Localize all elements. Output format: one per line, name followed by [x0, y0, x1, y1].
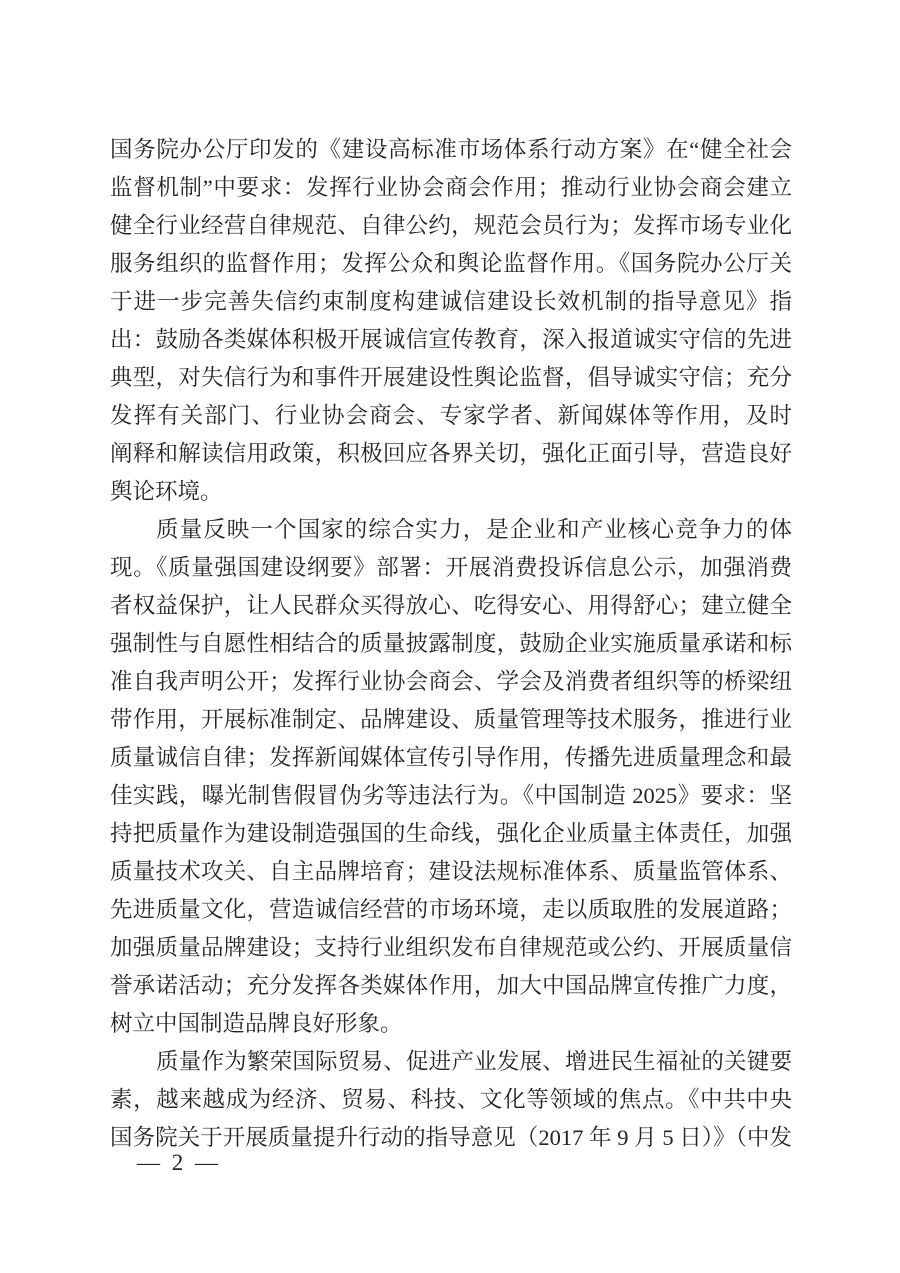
text-line: 健全行业经营自律规范、自律公约，规范会员行为；发挥市场专业化	[110, 207, 792, 245]
text-line: 强制性与自愿性相结合的质量披露制度，鼓励企业实施质量承诺和标	[110, 625, 792, 663]
text-line: 佳实践，曝光制售假冒伪劣等违法行为。《中国制造 2025》要求：坚	[110, 777, 792, 815]
text-line: 加强质量品牌建设；支持行业组织发布自律规范或公约、开展质量信	[110, 929, 792, 967]
text-line: 发挥有关部门、行业协会商会、专家学者、新闻媒体等作用，及时	[110, 397, 792, 435]
text-line: 出：鼓励各类媒体积极开展诚信宣传教育，深入报道诚实守信的先进	[110, 321, 792, 359]
text-line: 现。《质量强国建设纲要》部署：开展消费投诉信息公示，加强消费	[110, 549, 792, 587]
text-line: 于进一步完善失信约束制度构建诚信建设长效机制的指导意见》指	[110, 283, 792, 321]
text-line: 准自我声明公开；发挥行业协会商会、学会及消费者组织等的桥梁纽	[110, 663, 792, 701]
page-number-footer: — 2 —	[137, 1146, 221, 1180]
text-line: 者权益保护，让人民群众买得放心、吃得安心、用得舒心；建立健全	[110, 587, 792, 625]
text-line: 质量技术攻关、自主品牌培育；建设法规标准体系、质量监管体系、	[110, 853, 792, 891]
text-line: 树立中国制造品牌良好形象。	[110, 1005, 792, 1043]
text-line: 持把质量作为建设制造强国的生命线，强化企业质量主体责任，加强	[110, 815, 792, 853]
text-line: 带作用，开展标准制定、品牌建设、质量管理等技术服务，推进行业	[110, 701, 792, 739]
text-line: 服务组织的监督作用；发挥公众和舆论监督作用。《国务院办公厅关	[110, 245, 792, 283]
text-line: 素，越来越成为经济、贸易、科技、文化等领域的焦点。《中共中央	[110, 1081, 792, 1119]
text-line: 国务院办公厅印发的《建设高标准市场体系行动方案》在“健全社会	[110, 131, 792, 169]
document-page: 国务院办公厅印发的《建设高标准市场体系行动方案》在“健全社会 监督机制”中要求：…	[0, 0, 900, 1273]
text-line: 先进质量文化，营造诚信经营的市场环境，走以质取胜的发展道路；	[110, 891, 792, 929]
text-line: 质量作为繁荣国际贸易、促进产业发展、增进民生福祉的关键要	[110, 1043, 792, 1081]
text-line: 阐释和解读信用政策，积极回应各界关切，强化正面引导，营造良好	[110, 435, 792, 473]
text-line: 典型，对失信行为和事件开展建设性舆论监督，倡导诚实守信；充分	[110, 359, 792, 397]
text-line: 质量诚信自律；发挥新闻媒体宣传引导作用，传播先进质量理念和最	[110, 739, 792, 777]
document-body: 国务院办公厅印发的《建设高标准市场体系行动方案》在“健全社会 监督机制”中要求：…	[110, 131, 792, 1157]
text-line: 舆论环境。	[110, 473, 792, 511]
text-line: 监督机制”中要求：发挥行业协会商会作用；推动行业协会商会建立	[110, 169, 792, 207]
text-line: 质量反映一个国家的综合实力，是企业和产业核心竞争力的体	[110, 511, 792, 549]
text-line: 誉承诺活动；充分发挥各类媒体作用，加大中国品牌宣传推广力度，	[110, 967, 792, 1005]
